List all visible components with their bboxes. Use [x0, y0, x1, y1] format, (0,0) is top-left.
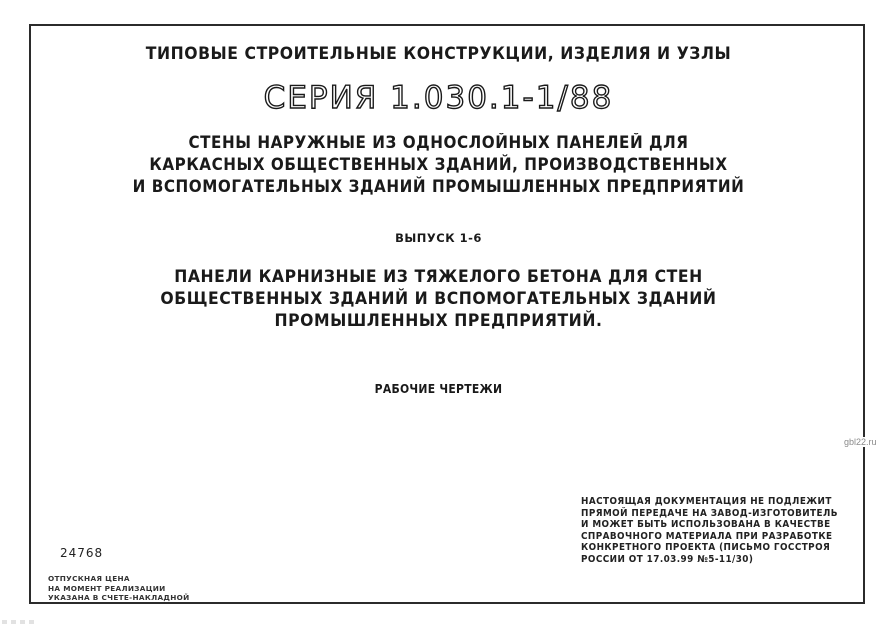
notice-line: СПРАВОЧНОГО МАТЕРИАЛА ПРИ РАЗРАБОТКЕ	[581, 531, 838, 543]
notice-line: РОССИИ ОТ 17.03.99 №5-11/30)	[581, 554, 838, 566]
notice-line: КОНКРЕТНОГО ПРОЕКТА (ПИСЬМО ГОССТРОЯ	[581, 542, 838, 554]
panels-title-line: ПРОМЫШЛЕННЫХ ПРЕДПРИЯТИЙ.	[35, 310, 842, 332]
document-number: 24768	[60, 546, 103, 560]
notice-line: ПРЯМОЙ ПЕРЕДАЧЕ НА ЗАВОД-ИЗГОТОВИТЕЛЬ	[581, 508, 838, 520]
price-note: Отпускная цена на момент реализации указ…	[48, 574, 190, 603]
panels-title-line: ПАНЕЛИ КАРНИЗНЫЕ ИЗ ТЯЖЕЛОГО БЕТОНА ДЛЯ …	[35, 266, 842, 288]
scan-smudge	[2, 620, 36, 624]
walls-title-line: И ВСПОМОГАТЕЛЬНЫХ ЗДАНИЙ ПРОМЫШЛЕННЫХ ПР…	[35, 176, 842, 198]
series-title: СЕРИЯ 1.030.1-1/88	[0, 80, 877, 116]
watermark: gbl22.ru	[843, 437, 877, 447]
issue-label: ВЫПУСК 1-6	[0, 231, 877, 245]
price-note-line: указана в счете-накладной	[48, 593, 190, 603]
usage-notice: НАСТОЯЩАЯ ДОКУМЕНТАЦИЯ НЕ ПОДЛЕЖИТ ПРЯМО…	[581, 496, 838, 566]
walls-title-line: КАРКАСНЫХ ОБЩЕСТВЕННЫХ ЗДАНИЙ, ПРОИЗВОДС…	[35, 154, 842, 176]
panels-title-line: ОБЩЕСТВЕННЫХ ЗДАНИЙ И ВСПОМОГАТЕЛЬНЫХ ЗД…	[35, 288, 842, 310]
price-note-line: Отпускная цена	[48, 574, 190, 584]
notice-line: И МОЖЕТ БЫТЬ ИСПОЛЬЗОВАНА В КАЧЕСТВЕ	[581, 519, 838, 531]
walls-title-line: СТЕНЫ НАРУЖНЫЕ ИЗ ОДНОСЛОЙНЫХ ПАНЕЛЕЙ ДЛ…	[35, 132, 842, 154]
notice-line: НАСТОЯЩАЯ ДОКУМЕНТАЦИЯ НЕ ПОДЛЕЖИТ	[581, 496, 838, 508]
panels-title: ПАНЕЛИ КАРНИЗНЫЕ ИЗ ТЯЖЕЛОГО БЕТОНА ДЛЯ …	[35, 266, 842, 332]
walls-title: СТЕНЫ НАРУЖНЫЕ ИЗ ОДНОСЛОЙНЫХ ПАНЕЛЕЙ ДЛ…	[35, 132, 842, 198]
collection-title: ТИПОВЫЕ СТРОИТЕЛЬНЫЕ КОНСТРУКЦИИ, ИЗДЕЛИ…	[35, 44, 842, 64]
price-note-line: на момент реализации	[48, 584, 190, 594]
working-drawings-label: РАБОЧИЕ ЧЕРТЕЖИ	[44, 382, 833, 396]
